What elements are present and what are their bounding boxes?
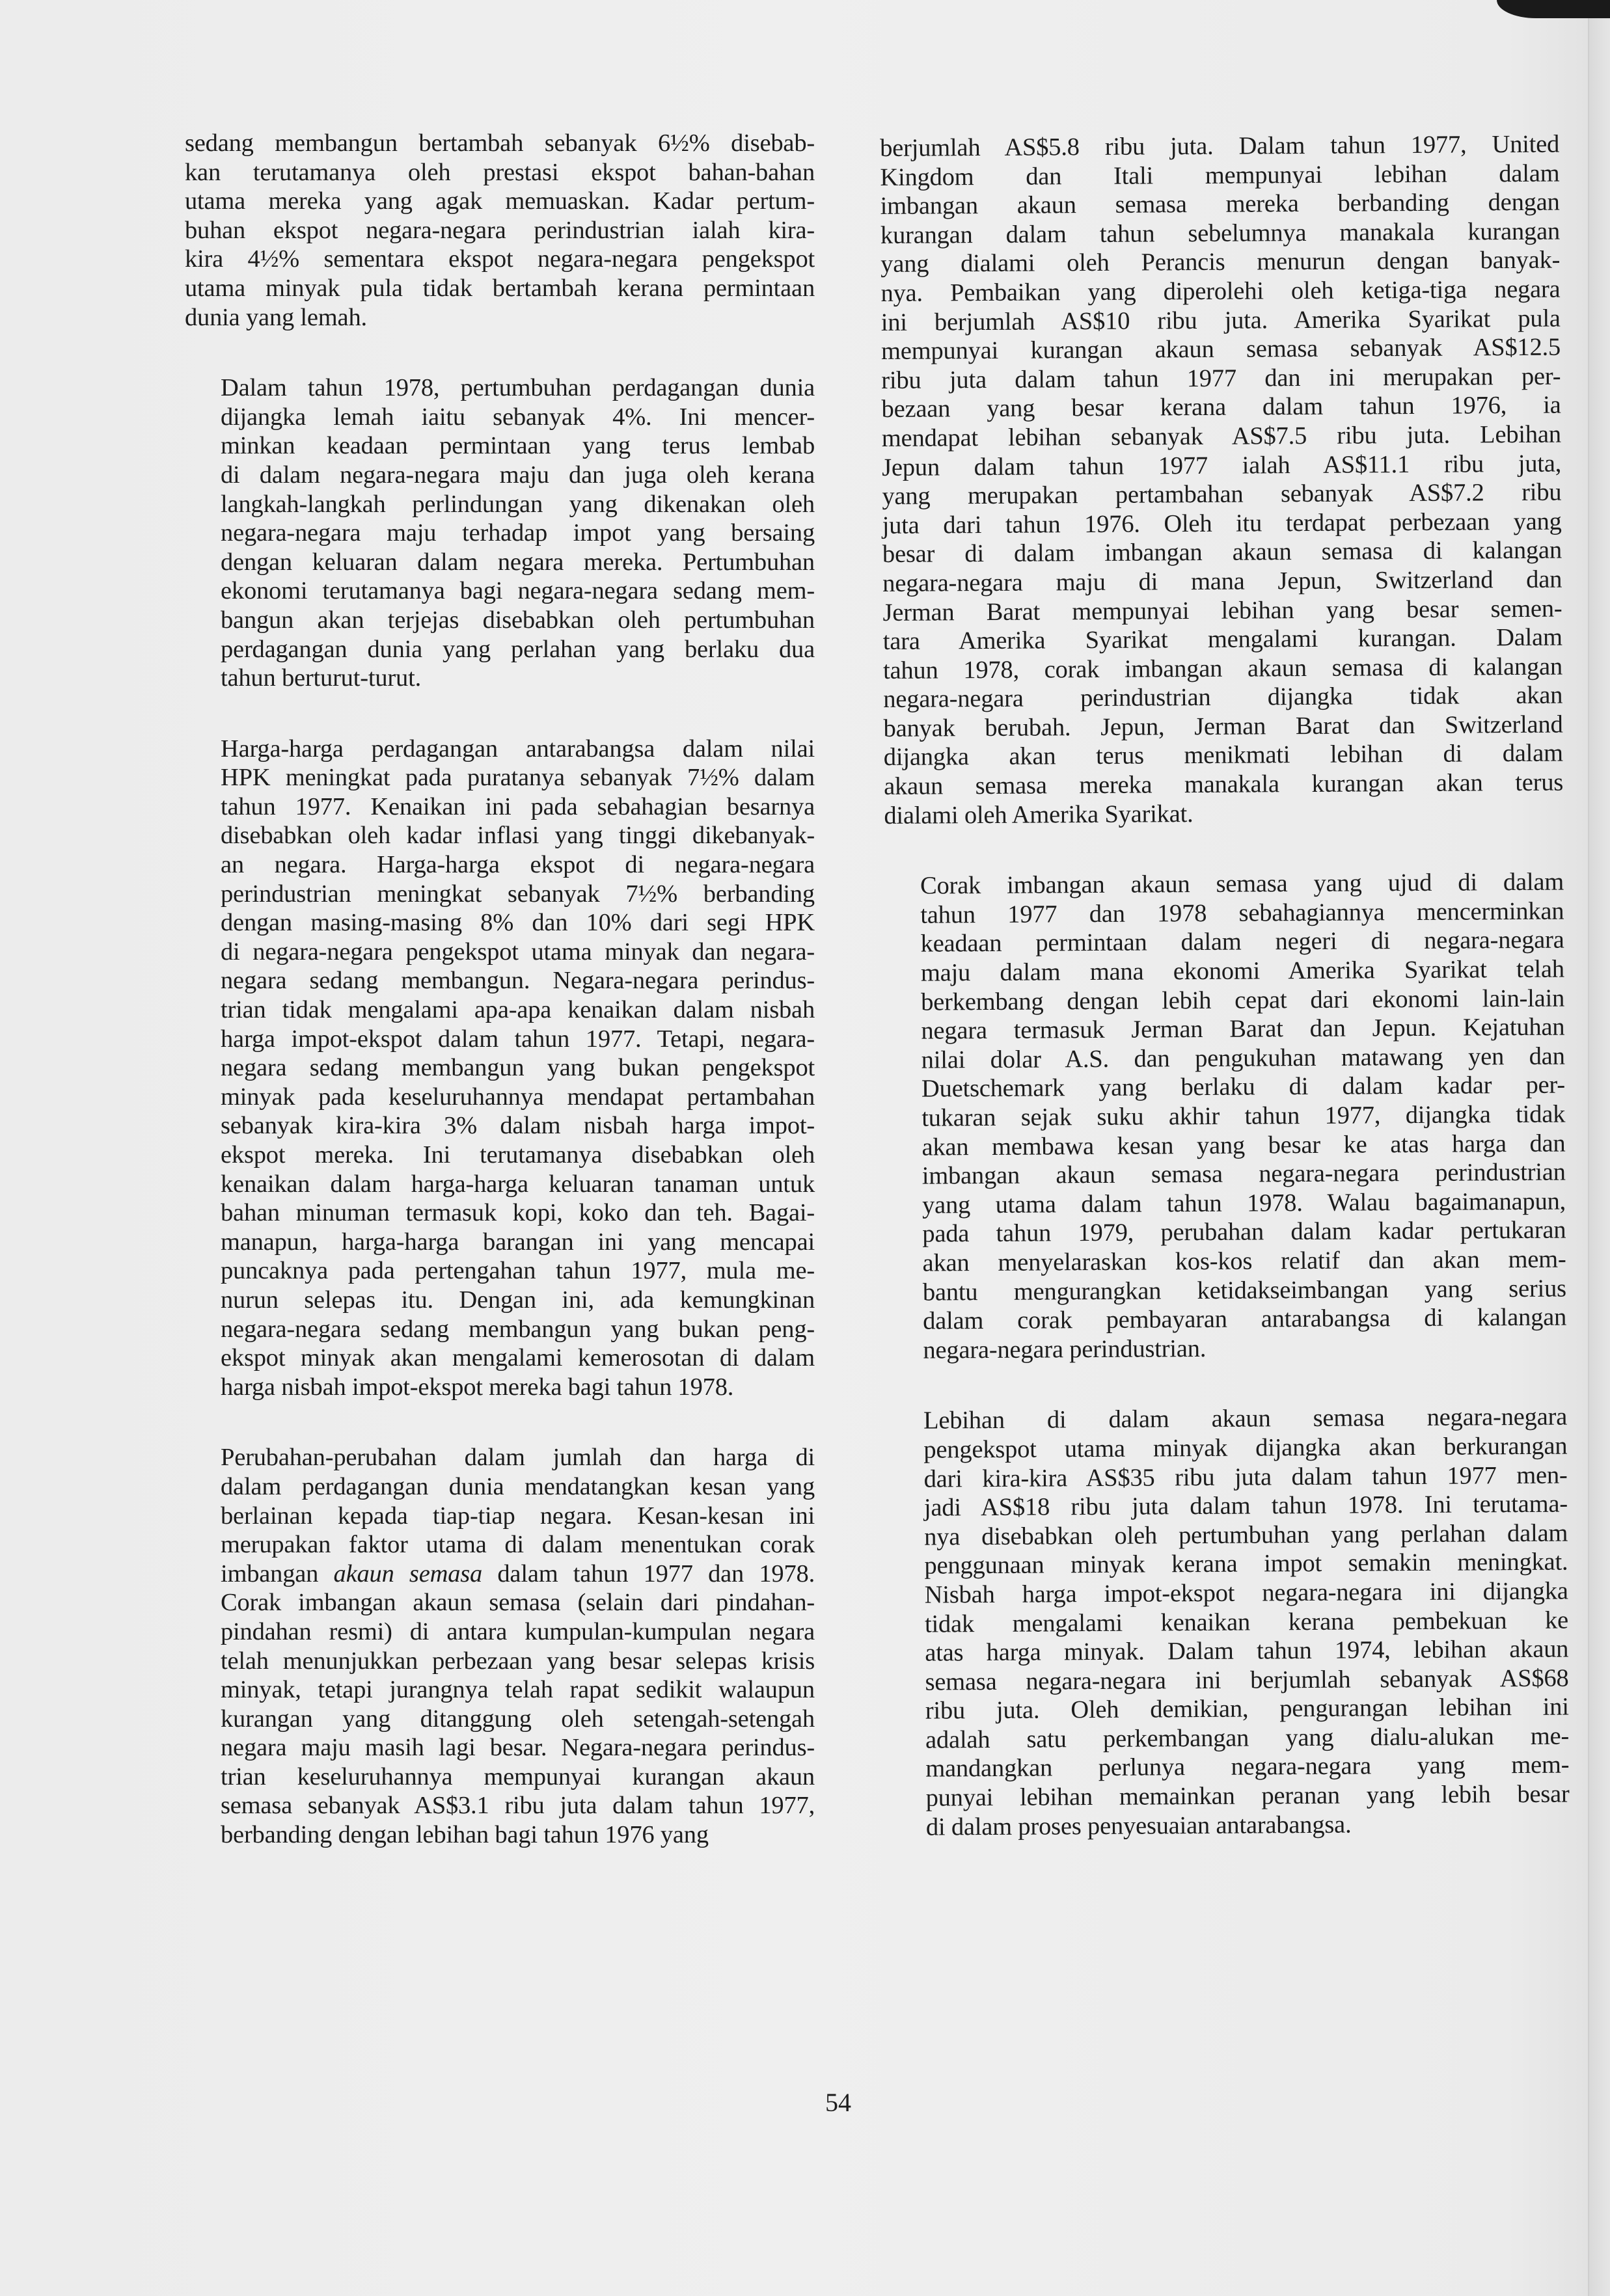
text-line: negara sedang membangun yang bukan penge… bbox=[185, 1053, 815, 1083]
text-line: Jerman Barat mempunyai lebihan yang besa… bbox=[882, 594, 1562, 627]
text-line: Corak imbangan akaun semasa yang ujud di… bbox=[884, 868, 1564, 901]
text-line: perindustrian meningkat sebanyak 7½% ber… bbox=[185, 880, 815, 909]
text-line: tidak mengalami kenaikan kerana pembekua… bbox=[889, 1606, 1568, 1639]
text-line: mendapat lebihan sebanyak AS$7.5 ribu ju… bbox=[882, 420, 1561, 453]
text-line: merupakan faktor utama di dalam menentuk… bbox=[185, 1530, 815, 1560]
text-line: perdagangan dunia yang perlahan yang ber… bbox=[185, 635, 815, 664]
text-line: an negara. Harga-harga ekspot di negara-… bbox=[185, 850, 815, 880]
text-line: dengan masing-masing 8% dan 10% dari seg… bbox=[185, 908, 815, 938]
text-line: kan terutamanya oleh prestasi ekspot bah… bbox=[185, 158, 815, 187]
text-line: banyak berubah. Jepun, Jerman Barat dan … bbox=[883, 710, 1562, 743]
text-line: bangun akan terjejas disebabkan oleh per… bbox=[185, 606, 815, 635]
text-line: trian tidak mengalami apa-apa kenaikan d… bbox=[185, 995, 815, 1025]
text-line: penggunaan minyak kerana impot semakin m… bbox=[888, 1548, 1568, 1581]
text-line: yang dialami oleh Perancis menurun denga… bbox=[880, 246, 1560, 279]
text-line: mandangkan perlunya negara-negara yang m… bbox=[890, 1751, 1569, 1784]
text-line: dijangka akan terus menikmati lebihan di… bbox=[884, 739, 1563, 772]
text-line: atas harga minyak. Dalam tahun 1974, leb… bbox=[889, 1635, 1568, 1668]
text-line: utama minyak pula tidak bertambah kerana… bbox=[185, 274, 815, 303]
text-line: ekspot mereka. Ini terutamanya disebabka… bbox=[185, 1141, 815, 1170]
text-line: ribu juta. Oleh demikian, pengurangan le… bbox=[890, 1693, 1569, 1726]
text-line: nya disebabkan oleh pertumbuhan yang per… bbox=[888, 1519, 1568, 1552]
text-line: keadaan permintaan dalam negeri di negar… bbox=[884, 926, 1564, 959]
text-line: adalah satu perkembangan yang dialu-aluk… bbox=[890, 1722, 1569, 1755]
text-line: Dalam tahun 1978, pertumbuhan perdaganga… bbox=[185, 373, 815, 403]
text-line: besar di dalam imbangan akaun semasa di … bbox=[882, 536, 1562, 569]
text-line: langkah-langkah perlindungan yang dikena… bbox=[185, 490, 815, 519]
text-line: berkembang dengan lebih cepat dari ekono… bbox=[885, 984, 1564, 1017]
paragraph: Lebihan di dalam akaun semasa negara-neg… bbox=[888, 1403, 1570, 1842]
text-line: harga impot-ekspot dalam tahun 1977. Tet… bbox=[185, 1025, 815, 1054]
text-line: berbanding dengan lebihan bagi tahun 197… bbox=[185, 1820, 815, 1850]
italic-term: akaun semasa bbox=[334, 1560, 483, 1587]
text-line: dengan keluaran dalam negara mereka. Per… bbox=[185, 548, 815, 577]
text-line: buhan ekspot negara-negara perindustrian… bbox=[185, 216, 815, 245]
text-line: dari kira-kira AS$35 ribu juta dalam tah… bbox=[888, 1461, 1567, 1494]
text-line: nya. Pembaikan yang diperolehi oleh keti… bbox=[880, 275, 1560, 308]
paragraph: Perubahan-perubahan dalam jumlah dan har… bbox=[185, 1443, 815, 1849]
text-line: HPK meningkat pada puratanya sebanyak 7½… bbox=[185, 763, 815, 792]
paragraph: Harga-harga perdagangan antarabangsa dal… bbox=[185, 735, 815, 1402]
text-line: di dalam proses penyesuaian antarabangsa… bbox=[890, 1809, 1570, 1842]
text-line: maju dalam mana ekonomi Amerika Syarikat… bbox=[885, 955, 1564, 988]
text-line: Duetschemark yang berlaku di dalam kadar… bbox=[886, 1071, 1565, 1104]
paragraph: berjumlah AS$5.8 ribu juta. Dalam tahun … bbox=[880, 130, 1564, 831]
text-line: tara Amerika Syarikat mengalami kurangan… bbox=[883, 623, 1562, 656]
text-line: yang utama dalam tahun 1978. Walau bagai… bbox=[886, 1187, 1566, 1220]
paragraph: Dalam tahun 1978, pertumbuhan perdaganga… bbox=[185, 373, 815, 693]
text-line: dalam corak pembayaran antarabangsa di k… bbox=[887, 1303, 1566, 1336]
text-line: minyak, tetapi jurangnya telah rapat sed… bbox=[185, 1675, 815, 1705]
text-line: harga nisbah impot-ekspot mereka bagi ta… bbox=[185, 1373, 815, 1402]
text-line: bezaan yang besar kerana dalam tahun 197… bbox=[881, 391, 1561, 424]
text-line: imbangan akaun semasa mereka berbanding … bbox=[880, 188, 1560, 221]
text-line: mempunyai kurangan akaun semasa sebanyak… bbox=[881, 333, 1561, 366]
text-line: disebabkan oleh kadar inflasi yang tingg… bbox=[185, 821, 815, 850]
text-line: Nisbah harga impot-ekspot negara-negara … bbox=[889, 1576, 1568, 1610]
text-line: tukaran sejak suku akhir tahun 1977, dij… bbox=[886, 1100, 1565, 1133]
text-line: dunia yang lemah. bbox=[185, 303, 815, 332]
text-line: ekonomi terutamanya bagi negara-negara s… bbox=[185, 576, 815, 606]
text-line: imbangan akaun semasa dalam tahun 1977 d… bbox=[185, 1560, 815, 1589]
text-line: bahan minuman termasuk kopi, koko dan te… bbox=[185, 1198, 815, 1228]
text-line: di dalam negara-negara maju dan juga ole… bbox=[185, 461, 815, 490]
text-line: imbangan akaun semasa negara-negara peri… bbox=[886, 1158, 1566, 1191]
text-line: trian keseluruhannya mempunyai kurangan … bbox=[185, 1763, 815, 1792]
text-line: akan menyelaraskan kos-kos relatif dan a… bbox=[886, 1245, 1566, 1278]
text-line: kurangan yang ditanggung oleh setengah-s… bbox=[185, 1705, 815, 1734]
text-line: punyai lebihan memainkan peranan yang le… bbox=[890, 1780, 1569, 1813]
text-line: tahun 1977. Kenaikan ini pada sebahagian… bbox=[185, 792, 815, 822]
text-line: negara-negara perindustrian dijangka tid… bbox=[883, 681, 1562, 714]
text-line: tahun 1977 dan 1978 sebahagiannya mencer… bbox=[884, 897, 1564, 930]
text-line: nilai dolar A.S. dan pengukuhan matawang… bbox=[886, 1042, 1565, 1075]
text-line: kira 4½% sementara ekspot negara-negara … bbox=[185, 245, 815, 274]
text-line: telah menunjukkan perbezaan yang besar s… bbox=[185, 1647, 815, 1676]
text-line: negara-negara maju di mana Jepun, Switze… bbox=[882, 565, 1562, 599]
text-line: negara-negara maju terhadap impot yang b… bbox=[185, 519, 815, 548]
text-line: negara-negara sedang membangun yang buka… bbox=[185, 1315, 815, 1344]
page-edge bbox=[1588, 18, 1610, 2296]
page-number: 54 bbox=[825, 2087, 851, 2118]
text-line: sebanyak kira-kira 3% dalam nisbah harga… bbox=[185, 1111, 815, 1141]
text-line: pengekspot utama minyak dijangka akan be… bbox=[888, 1432, 1567, 1465]
text-line: negara maju masih lagi besar. Negara-neg… bbox=[185, 1733, 815, 1763]
text-line: ekspot minyak akan mengalami kemerosotan… bbox=[185, 1344, 815, 1373]
text-line: minkan keadaan permintaan yang terus lem… bbox=[185, 431, 815, 461]
text-line: Harga-harga perdagangan antarabangsa dal… bbox=[185, 735, 815, 764]
text-line: minyak pada keseluruhannya mendapat pert… bbox=[185, 1083, 815, 1112]
text-line: nurun selepas itu. Dengan ini, ada kemun… bbox=[185, 1286, 815, 1315]
text-line: berlainan kepada tiap-tiap negara. Kesan… bbox=[185, 1502, 815, 1531]
text-line: di negara-negara pengekspot utama minyak… bbox=[185, 938, 815, 967]
text-line: negara-negara perindustrian. bbox=[887, 1332, 1566, 1365]
text-line: puncaknya pada pertengahan tahun 1977, m… bbox=[185, 1256, 815, 1286]
text-line: sedang membangun bertambah sebanyak 6½% … bbox=[185, 129, 815, 158]
right-column: berjumlah AS$5.8 ribu juta. Dalam tahun … bbox=[880, 130, 1570, 1884]
text-line: akaun semasa mereka manakala kurangan ak… bbox=[884, 768, 1563, 802]
text-line: Perubahan-perubahan dalam jumlah dan har… bbox=[185, 1443, 815, 1472]
left-column: sedang membangun bertambah sebanyak 6½% … bbox=[185, 129, 815, 1891]
text-line: Jepun dalam tahun 1977 ialah AS$11.1 rib… bbox=[882, 449, 1561, 482]
text-line: dalam perdagangan dunia mendatangkan kes… bbox=[185, 1472, 815, 1502]
text-line: jadi AS$18 ribu juta dalam tahun 1978. I… bbox=[888, 1490, 1568, 1523]
text-line: tahun berturut-turut. bbox=[185, 664, 815, 693]
text-line: tahun 1978, corak imbangan akaun semasa … bbox=[883, 652, 1562, 685]
text-line: kenaikan dalam harga-harga keluaran tana… bbox=[185, 1170, 815, 1199]
text-line: Corak imbangan akaun semasa (selain dari… bbox=[185, 1588, 815, 1617]
text-line: dialami oleh Amerika Syarikat. bbox=[884, 797, 1563, 830]
paragraph: Corak imbangan akaun semasa yang ujud di… bbox=[884, 868, 1567, 1365]
paragraph: sedang membangun bertambah sebanyak 6½% … bbox=[185, 129, 815, 332]
text-line: kurangan dalam tahun sebelumnya manakala… bbox=[880, 217, 1560, 250]
text-line: semasa sebanyak AS$3.1 ribu juta dalam t… bbox=[185, 1791, 815, 1820]
text-line: dijangka lemah iaitu sebanyak 4%. Ini me… bbox=[185, 403, 815, 432]
text-line: bantu mengurangkan ketidakseimbangan yan… bbox=[887, 1274, 1566, 1307]
text-line: pada tahun 1979, perubahan dalam kadar p… bbox=[886, 1216, 1566, 1249]
text-line: Lebihan di dalam akaun semasa negara-neg… bbox=[888, 1403, 1567, 1436]
text-line: yang merupakan pertambahan sebanyak AS$7… bbox=[882, 478, 1561, 511]
text-line: akan membawa kesan yang besar ke atas ha… bbox=[886, 1129, 1565, 1162]
text-line: negara termasuk Jerman Barat dan Jepun. … bbox=[885, 1013, 1564, 1046]
text-line: negara sedang membangun. Negara-negara p… bbox=[185, 966, 815, 995]
text-line: ini berjumlah AS$10 ribu juta. Amerika S… bbox=[881, 304, 1561, 337]
text-line: berjumlah AS$5.8 ribu juta. Dalam tahun … bbox=[880, 130, 1559, 163]
text-line: utama mereka yang agak memuaskan. Kadar … bbox=[185, 187, 815, 216]
text-line: ribu juta dalam tahun 1977 dan ini merup… bbox=[881, 362, 1561, 395]
text-line: juta dari tahun 1976. Oleh itu terdapat … bbox=[882, 507, 1562, 540]
text-line: pindahan resmi) di antara kumpulan-kumpu… bbox=[185, 1617, 815, 1647]
text-line: Kingdom dan Itali mempunyai lebihan dala… bbox=[880, 159, 1559, 192]
text-line: manapun, harga-harga barangan ini yang m… bbox=[185, 1228, 815, 1257]
text-line: semasa negara-negara ini berjumlah seban… bbox=[889, 1664, 1568, 1697]
